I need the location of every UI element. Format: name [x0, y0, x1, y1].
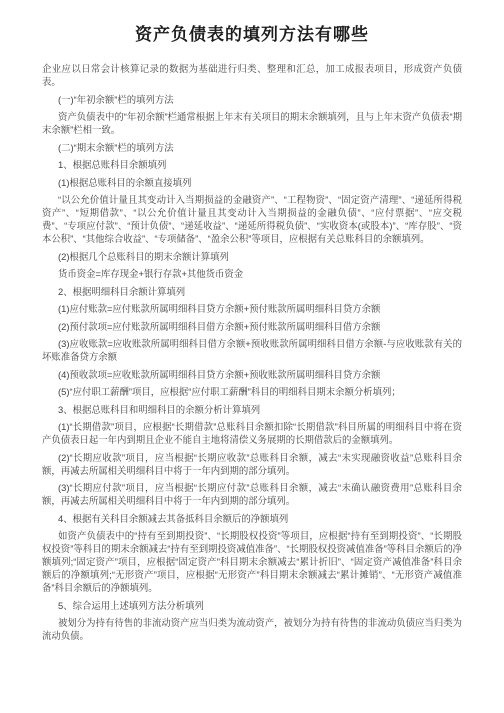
body-paragraph: 被划分为持有待售的非流动资产应当归类为流动资产，被划分为持有待售的非流动负债应当…	[42, 616, 462, 642]
formula-advance-receipts: (4)预收款项=应收账款所属明细科目贷方余额+预收账款所属明细科目贷方余额	[42, 368, 462, 381]
formula-prepayments: (2)预付款项=应付账款所属明细科目借方余额+预付账款所属明细科目借方余额	[42, 320, 462, 333]
subsection-heading-3: 3、根据总账科目和明细科目的余额分析计算填列	[42, 403, 462, 416]
formula-monetary-funds: 货币资金=库存现金+银行存款+其他货币资金	[42, 267, 462, 280]
intro-paragraph: 企业应以日常会计核算记录的数据为基础进行归类、整理和汇总，加工成报表项目，形成资…	[42, 62, 462, 88]
body-paragraph: (5)“应付职工薪酬”项目，应根据“应付职工薪酬”科目的明细科目期末余额分析填列…	[42, 385, 462, 398]
subsection-heading-5: 5、综合运用上述填列方法分析填列	[42, 599, 462, 612]
section-heading-period-end: (二)“期末余额”栏的填列方法	[42, 141, 462, 154]
subsection-heading-2: 2、根据明细科目余额计算填列	[42, 285, 462, 298]
subsection-heading-1-2: (2)根据几个总账科目的期末余额计算填列	[42, 250, 462, 263]
body-paragraph: 资产负债表中的“年初余额”栏通常根据上年末有关项目的期末余额填列，且与上年末资产…	[42, 110, 462, 136]
article-page: 资产负债表的填列方法有哪些 企业应以日常会计核算记录的数据为基础进行归类、整理和…	[42, 0, 462, 642]
page-title: 资产负债表的填列方法有哪些	[42, 24, 462, 46]
subsection-heading-1: 1、根据总账科目余额填列	[42, 158, 462, 171]
body-paragraph: (1)“长期借款”项目，应根据“长期借款”总账科目余额扣除“长期借款”科目所属的…	[42, 420, 462, 446]
body-paragraph: 如资产负债表中的“持有至到期投资”、“长期股权投资”等项目，应根据“持有至到期投…	[42, 529, 462, 594]
formula-accounts-payable: (1)应付账款=应付账款所属明细科目贷方余额+预付账款所属明细科目贷方余额	[42, 302, 462, 315]
body-paragraph: “以公允价值计量且其变动计入当期损益的金融资产”、“工程物资”、“固定资产清理”…	[42, 193, 462, 245]
body-paragraph: (3)“长期应付款”项目，应当根据“长期应付款”总账科目余额，减去“未确认融资费…	[42, 481, 462, 507]
subsection-heading-1-1: (1)根据总账科目的余额直接填列	[42, 176, 462, 189]
body-paragraph: (2)“长期应收款”项目，应当根据“长期应收款”总账科目余额，减去“未实现融资收…	[42, 451, 462, 477]
subsection-heading-4: 4、根据有关科目余额减去其备抵科目余额后的净额填列	[42, 512, 462, 525]
formula-accounts-receivable: (3)应收账款=应收账款所属明细科目借方余额+预收账款所属明细科目借方余额-与应…	[42, 337, 462, 363]
section-heading-year-begin: (一)“年初余额”栏的填列方法	[42, 93, 462, 106]
